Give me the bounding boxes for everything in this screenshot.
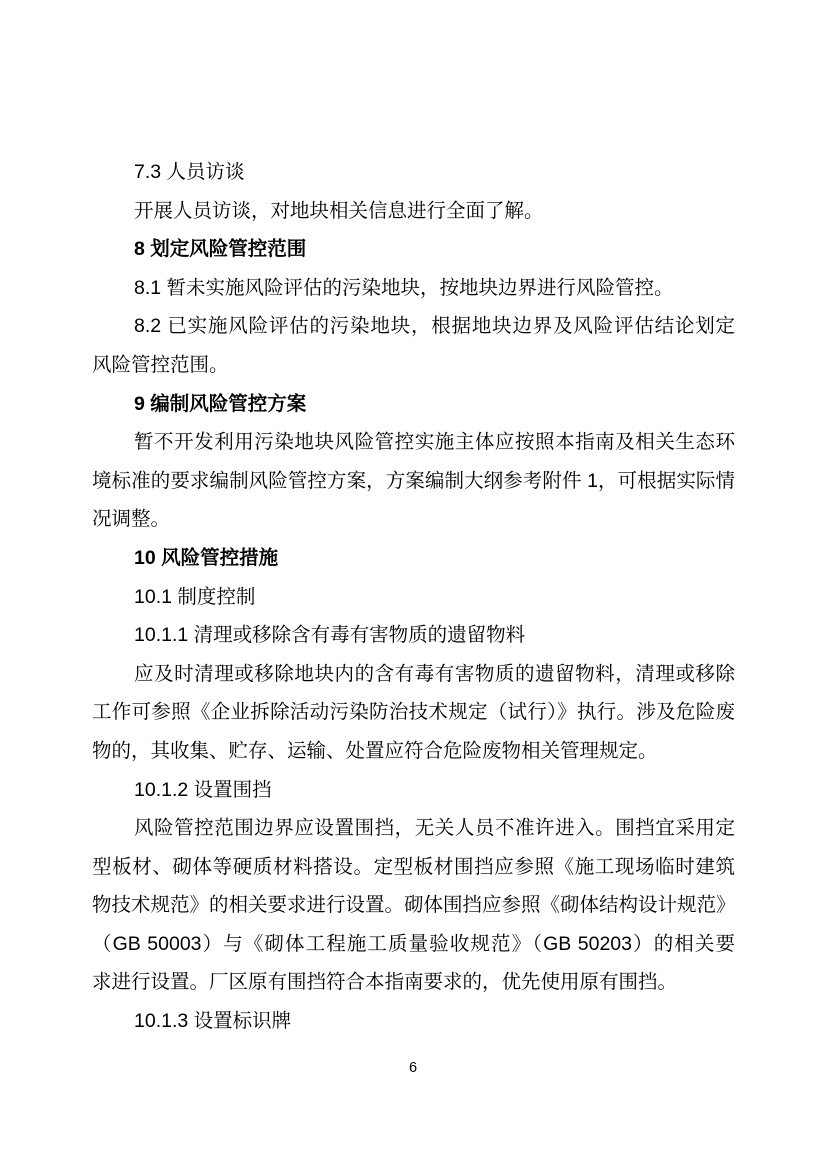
para-9-line-2: 境标准的要求编制风险管控方案，方案编制大纲参考附件 1，可根据实际情 <box>92 462 735 501</box>
heading-10-1-3: 10.1.3 设置标识牌 <box>92 1002 735 1041</box>
page-number: 6 <box>0 1058 826 1079</box>
para-10-1-2-line-3: 物技术规范》的相关要求进行设置。砌体围挡应参照《砌体结构设计规范》 <box>92 886 735 925</box>
para-10-1-1-line-2: 工作可参照《企业拆除活动污染防治技术规定（试行）》执行。涉及危险废 <box>92 693 735 732</box>
clause-8-1: 8.1 暂未实施风险评估的污染地块，按地块边界进行风险管控。 <box>92 269 735 308</box>
heading-10: 10 风险管控措施 <box>92 539 735 578</box>
document-text: 7.3 人员访谈 开展人员访谈，对地块相关信息进行全面了解。 8 划定风险管控范… <box>92 153 735 1041</box>
para-10-1-2-line-4: （GB 50003）与《砌体工程施工质量验收规范》（GB 50203）的相关要 <box>92 925 735 964</box>
heading-7-3: 7.3 人员访谈 <box>92 153 735 192</box>
para-7-3-line-1: 开展人员访谈，对地块相关信息进行全面了解。 <box>92 192 735 231</box>
para-9-line-1: 暂不开发利用污染地块风险管控实施主体应按照本指南及相关生态环 <box>92 423 735 462</box>
para-10-1-1-line-3: 物的，其收集、贮存、运输、处置应符合危险废物相关管理规定。 <box>92 732 735 771</box>
para-10-1-1-line-1: 应及时清理或移除地块内的含有毒有害物质的遗留物料，清理或移除 <box>92 655 735 694</box>
clause-8-2-line-2: 风险管控范围。 <box>92 346 735 385</box>
document-page: 7.3 人员访谈 开展人员访谈，对地块相关信息进行全面了解。 8 划定风险管控范… <box>0 0 826 1169</box>
heading-10-1-1: 10.1.1 清理或移除含有毒有害物质的遗留物料 <box>92 616 735 655</box>
heading-9: 9 编制风险管控方案 <box>92 385 735 424</box>
para-10-1-2-line-2: 型板材、砌体等硬质材料搭设。定型板材围挡应参照《施工现场临时建筑 <box>92 848 735 887</box>
para-10-1-2-line-5: 求进行设置。厂区原有围挡符合本指南要求的，优先使用原有围挡。 <box>92 963 735 1002</box>
heading-8: 8 划定风险管控范围 <box>92 230 735 269</box>
clause-8-2-line-1: 8.2 已实施风险评估的污染地块，根据地块边界及风险评估结论划定 <box>92 307 735 346</box>
heading-10-1-2: 10.1.2 设置围挡 <box>92 771 735 810</box>
para-9-line-3: 况调整。 <box>92 500 735 539</box>
heading-10-1: 10.1 制度控制 <box>92 578 735 617</box>
para-10-1-2-line-1: 风险管控范围边界应设置围挡，无关人员不准许进入。围挡宜采用定 <box>92 809 735 848</box>
